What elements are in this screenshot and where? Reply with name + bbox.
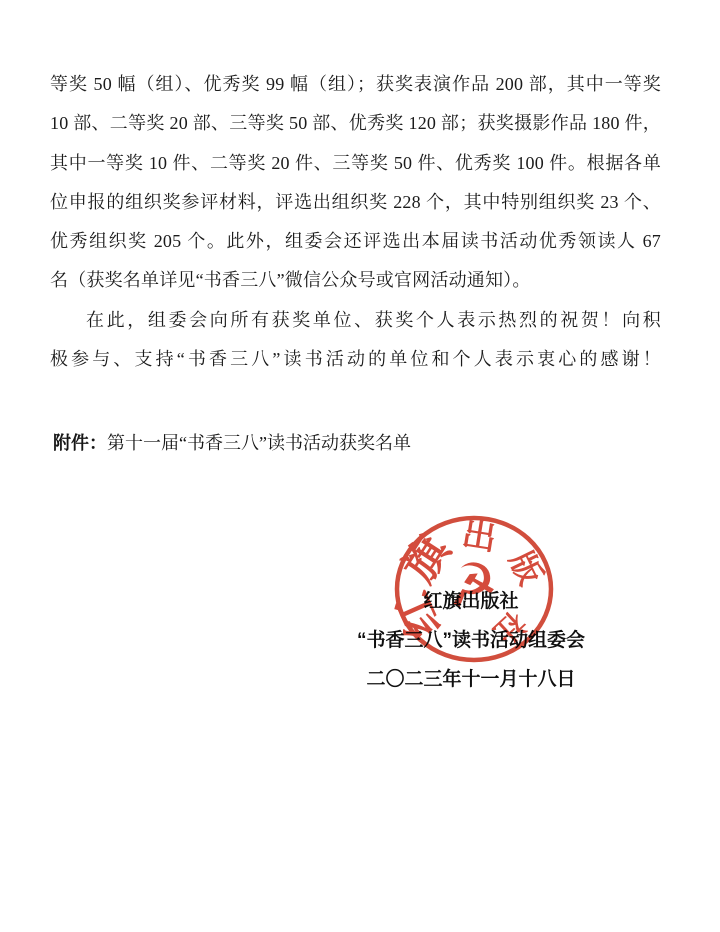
- body-line: 等奖 50 幅（组）、优秀奖 99 幅（组）；获奖表演作品 200 部，其中一等…: [50, 65, 661, 104]
- hammer-sickle-icon: ☭: [442, 548, 503, 623]
- body-line: 名（获奖名单详见“书香三八”微信公众号或官网活动通知）。: [50, 261, 661, 300]
- official-seal: 红 旗 出 版 社 ☭: [394, 513, 556, 665]
- body-text: 等奖 50 幅（组）、优秀奖 99 幅（组）；获奖表演作品 200 部，其中一等…: [50, 65, 661, 379]
- seal-char: 红: [394, 585, 450, 645]
- attachment-label: 附件：: [53, 433, 107, 453]
- body-line: 10 部、二等奖 20 部、三等奖 50 部、优秀奖 120 部；获奖摄影作品 …: [50, 104, 661, 143]
- body-line: 位申报的组织奖参评材料，评选出组织奖 228 个，其中特别组织奖 23 个、: [50, 183, 661, 222]
- attachment-title: 第十一届“书香三八”读书活动获奖名单: [107, 433, 411, 453]
- body-line: 其中一等奖 10 件、二等奖 20 件、三等奖 50 件、优秀奖 100 件。根…: [50, 144, 661, 183]
- body-line: 在此，组委会向所有获奖单位、获奖个人表示热烈的祝贺！向积: [50, 301, 661, 340]
- document-page: 等奖 50 幅（组）、优秀奖 99 幅（组）；获奖表演作品 200 部，其中一等…: [0, 0, 720, 932]
- attachment-line: 附件：第十一届“书香三八”读书活动获奖名单: [53, 424, 653, 463]
- body-line: 极参与、支持“书香三八”读书活动的单位和个人表示衷心的感谢！: [50, 340, 661, 379]
- signature-date: 二〇二三年十一月十八日: [280, 661, 662, 700]
- body-line: 优秀组织奖 205 个。此外，组委会还评选出本届读书活动优秀领读人 67: [50, 222, 661, 261]
